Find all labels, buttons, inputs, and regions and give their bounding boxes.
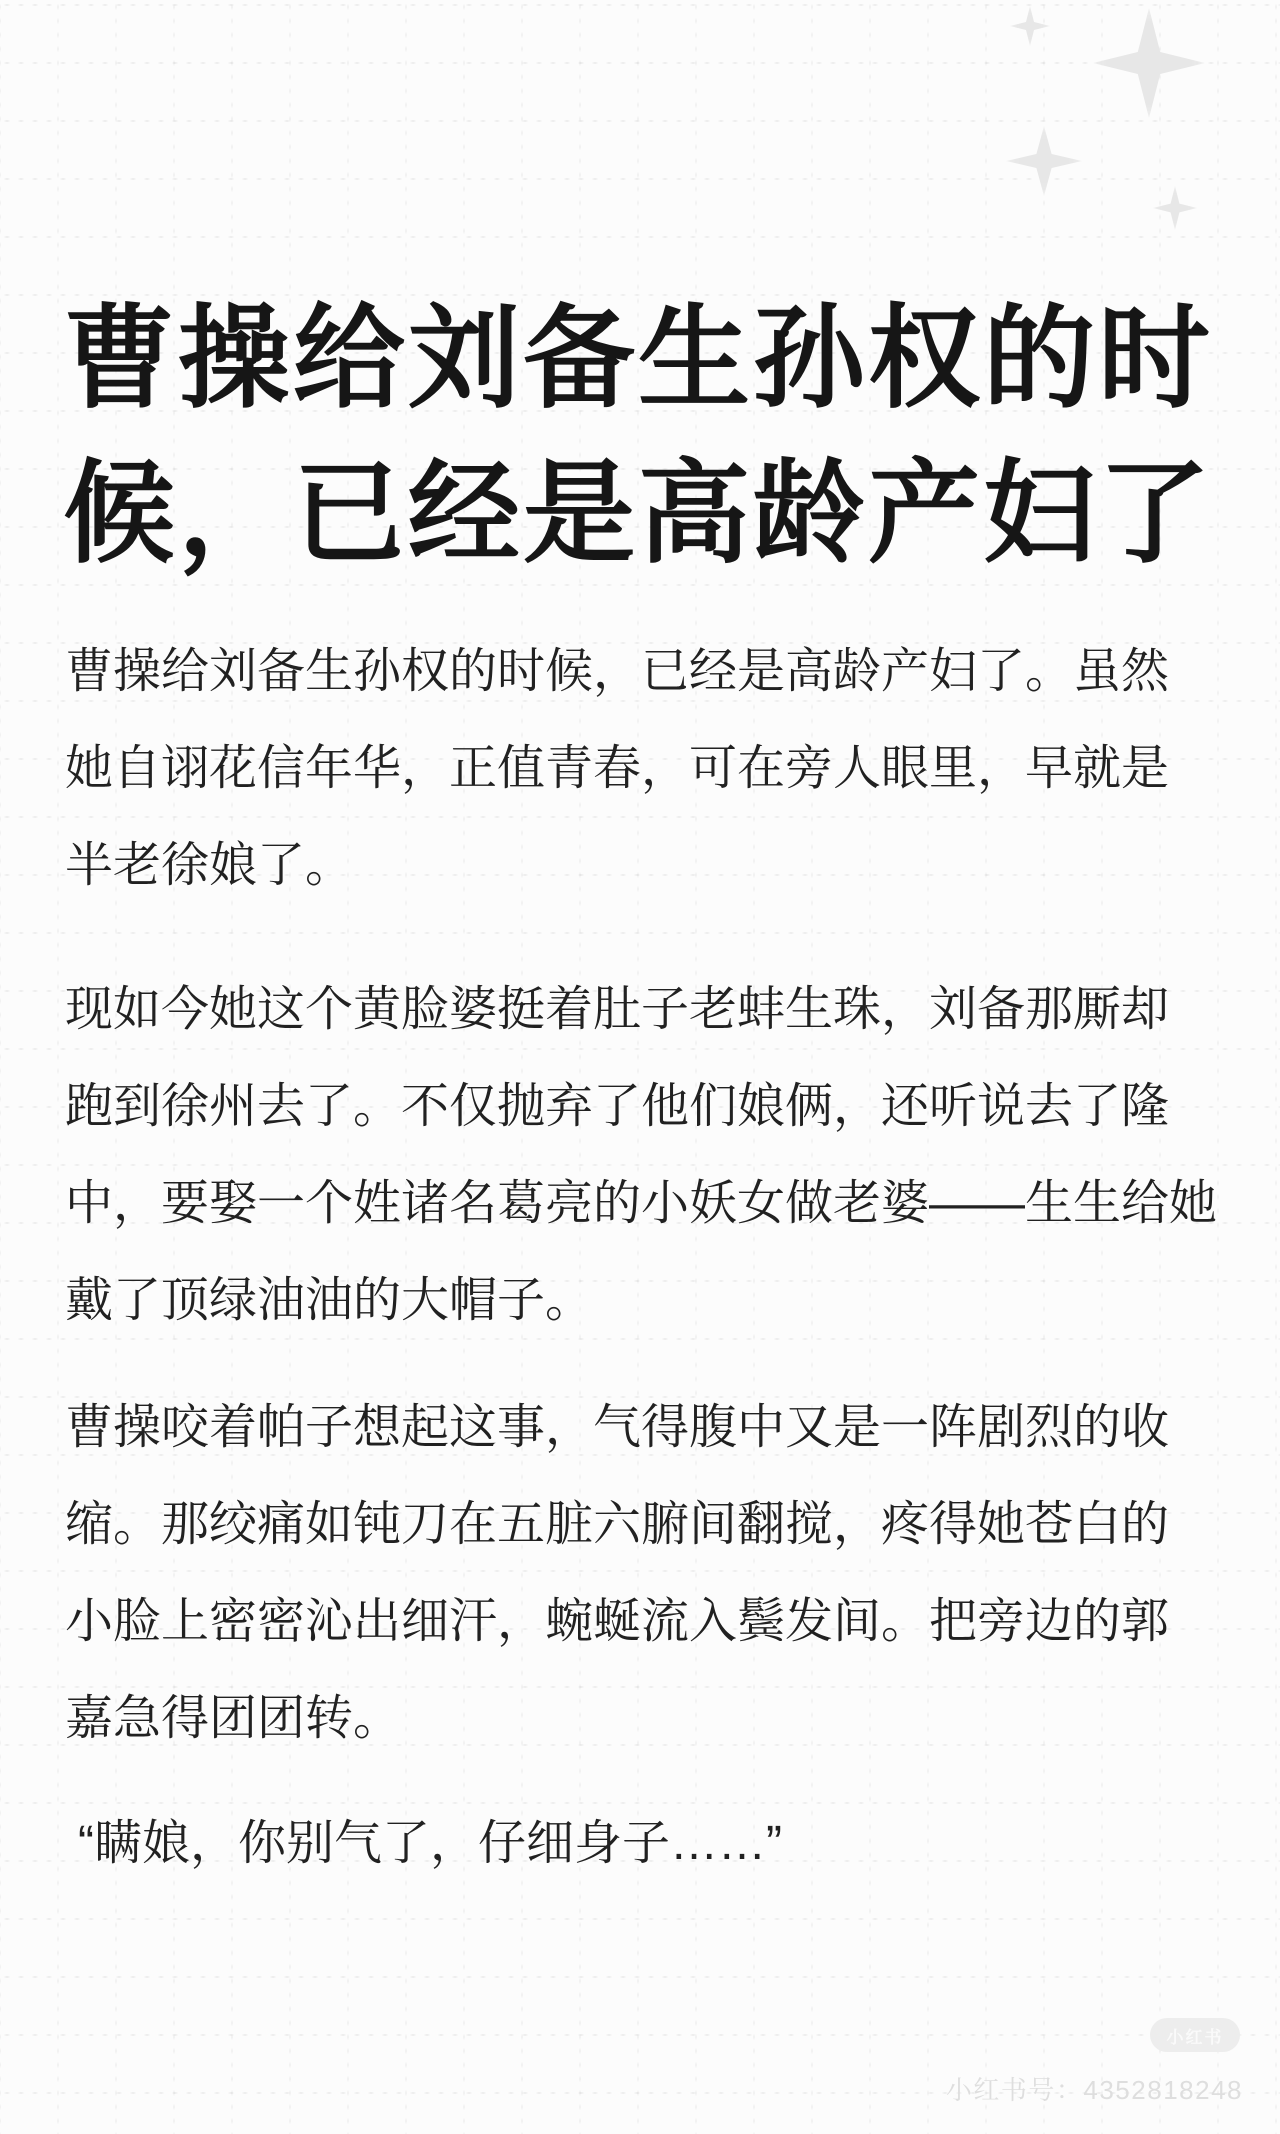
paragraph: 曹操咬着帕子想起这事，气得腹中又是一阵剧烈的收缩。那绞痛如钝刀在五脏六腑间翻搅，… xyxy=(65,1379,1225,1767)
text-line: 半老徐娘了。 xyxy=(65,817,1225,914)
text-line: 缩。那绞痛如钝刀在五脏六腑间翻搅，疼得她苍白的 xyxy=(65,1476,1225,1573)
paragraph: 现如今她这个黄脸婆挺着肚子老蚌生珠，刘备那厮却跑到徐州去了。不仅抛弃了他们娘俩，… xyxy=(65,961,1225,1349)
text-line: 嘉急得团团转。 xyxy=(65,1670,1225,1767)
sparkle-icon xyxy=(1006,126,1082,196)
sparkle-icon xyxy=(1093,8,1205,118)
text-line: 她自诩花信年华，正值青春，可在旁人眼里，早就是 xyxy=(65,720,1225,817)
text-line: 中，要娶一个姓诸名葛亮的小妖女做老婆——生生给她 xyxy=(65,1155,1225,1252)
page-title: 曹操给刘备生孙权的时候，已经是高龄产妇了 xyxy=(63,281,1233,591)
xiaohongshu-badge-label: 小红书 xyxy=(1167,2023,1224,2048)
text-line: 候，已经是高龄产妇了 xyxy=(63,436,1233,591)
text-line: 曹操给刘备生孙权的时候，已经是高龄产妇了。虽然 xyxy=(65,623,1225,720)
text-line: 曹操咬着帕子想起这事，气得腹中又是一阵剧烈的收 xyxy=(65,1379,1225,1476)
paragraph: 曹操给刘备生孙权的时候，已经是高龄产妇了。虽然她自诩花信年华，正值青春，可在旁人… xyxy=(65,623,1225,914)
text-line: “瞒娘，你别气了，仔细身子……” xyxy=(78,1795,1238,1892)
xiaohongshu-account-id: 小红书号：4352818248 xyxy=(946,2070,1243,2107)
text-line: 跑到徐州去了。不仅抛弃了他们娘俩，还听说去了隆 xyxy=(65,1058,1225,1155)
sparkle-icon xyxy=(1010,6,1050,46)
sparkle-icon xyxy=(1153,186,1197,230)
text-line: 曹操给刘备生孙权的时 xyxy=(63,281,1233,436)
note-page: { "page": { "background": "#fcfcfc", "ti… xyxy=(0,0,1280,2134)
text-line: 小脸上密密沁出细汗，蜿蜒流入鬓发间。把旁边的郭 xyxy=(65,1573,1225,1670)
xiaohongshu-badge: 小红书 xyxy=(1150,2018,1240,2052)
text-line: 现如今她这个黄脸婆挺着肚子老蚌生珠，刘备那厮却 xyxy=(65,961,1225,1058)
paragraph-dialogue: “瞒娘，你别气了，仔细身子……” xyxy=(65,1795,1238,1892)
text-line: 戴了顶绿油油的大帽子。 xyxy=(65,1252,1225,1349)
